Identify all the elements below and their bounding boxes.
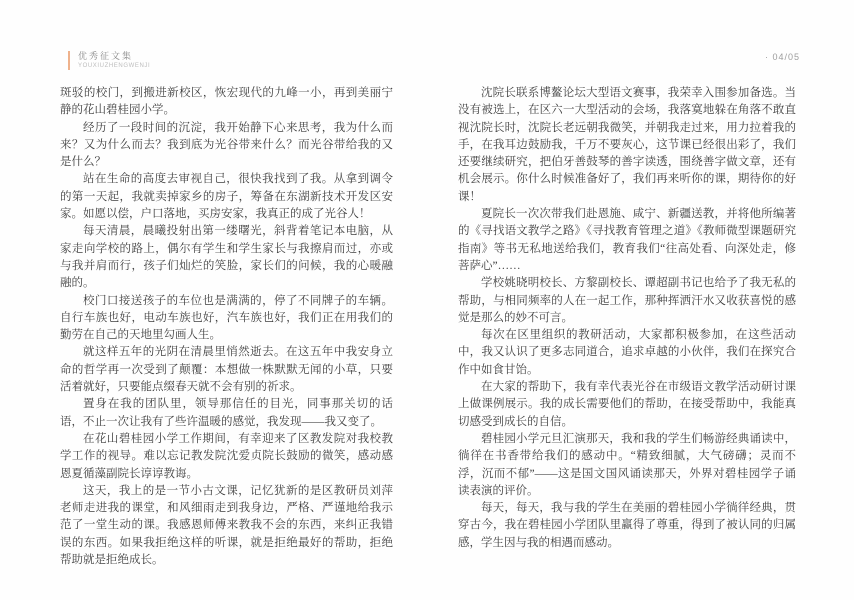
paragraph: 每天，每天，我与我的学生在美丽的碧桂园小学徜徉经典，贯穿古今，我在碧桂园小学团队… bbox=[458, 500, 796, 552]
paragraph: 碧桂园小学元旦汇演那天，我和我的学生们畅游经典诵读中，徜徉在书香带给我们的感动中… bbox=[458, 431, 796, 500]
page-header: 优秀征文集 YOUXIUZHENGWENJI bbox=[68, 51, 150, 70]
paragraph: 每次在区里组织的教研活动，大家都积极参加，在这些活动中，我又认识了更多志同道合，… bbox=[458, 327, 796, 379]
paragraph: 斑驳的校门，到搬进新校区，恢宏现代的九峰一小，再到美丽宁静的花山碧桂园小学。 bbox=[60, 85, 393, 120]
paragraph: 站在生命的高度去审视自己，很快我找到了我。从拿到调令的第一天起，我就卖掉家乡的房… bbox=[60, 171, 393, 223]
paragraph: 沈院长联系博鳌论坛大型语文赛事，我荣幸入围参加备选。当没有被选上，在区六一大型活… bbox=[458, 85, 796, 206]
page-number: · 04/05 bbox=[765, 52, 800, 62]
left-text-column: 斑驳的校门，到搬进新校区，恢宏现代的九峰一小，再到美丽宁静的花山碧桂园小学。 经… bbox=[60, 85, 393, 569]
right-text-column: 沈院长联系博鳌论坛大型语文赛事，我荣幸入围参加备选。当没有被选上，在区六一大型活… bbox=[458, 85, 796, 552]
paragraph: 学校姚晓明校长、方黎副校长、谭超副书记也给予了我无私的帮助，与相同频率的人在一起… bbox=[458, 275, 796, 327]
collection-title: 优秀征文集 bbox=[78, 51, 150, 62]
paragraph: 在花山碧桂园小学工作期间，有幸迎来了区教发院对我校教学工作的视导。难以忘记教发院… bbox=[60, 431, 393, 483]
book-page-spread: 优秀征文集 YOUXIUZHENGWENJI · 04/05 斑驳的校门，到搬进… bbox=[0, 0, 854, 600]
paragraph: 置身在我的团队里，领导那信任的目光，同事那关切的话语，不止一次让我有了些许温暖的… bbox=[60, 396, 393, 431]
paragraph: 夏院长一次次带我们赴恩施、咸宁、新疆送教，并将他所编著的《寻找语文教学之路》《寻… bbox=[458, 206, 796, 275]
paragraph: 这天，我上的是一节小古文课，记忆犹新的是区教研员刘萍老师走进我的课堂，和风细雨走… bbox=[60, 483, 393, 569]
header-text: 优秀征文集 YOUXIUZHENGWENJI bbox=[78, 51, 150, 70]
paragraph: 在大家的帮助下，我有幸代表光谷在市级语文教学活动研讨课上做课例展示。我的成长需要… bbox=[458, 379, 796, 431]
paragraph: 经历了一段时间的沉淀，我开始静下心来思考，我为什么而来？又为什么而去？我到底为光… bbox=[60, 120, 393, 172]
paragraph: 就这样五年的光阴在清晨里悄然逝去。在这五年中我安身立命的哲学再一次受到了颠覆：本… bbox=[60, 344, 393, 396]
collection-title-pinyin: YOUXIUZHENGWENJI bbox=[78, 62, 150, 70]
paragraph: 校门口接送孩子的车位也是满满的，停了不同牌子的车辆。自行车族也好，电动车族也好，… bbox=[60, 293, 393, 345]
paragraph: 每天清晨，晨曦投射出第一缕曙光，斜背着笔记本电脑，从家走向学校的路上，偶尔有学生… bbox=[60, 223, 393, 292]
header-accent-bar bbox=[68, 51, 70, 70]
